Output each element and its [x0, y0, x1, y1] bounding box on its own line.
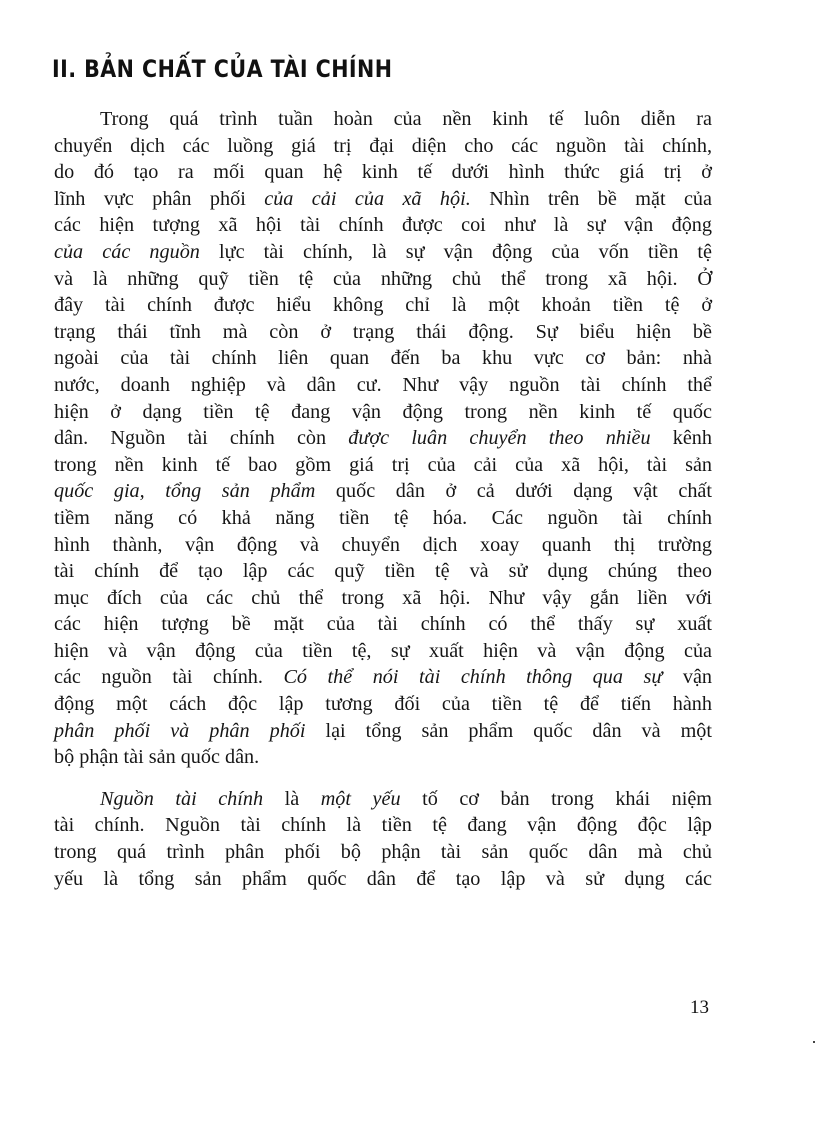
text-line: do đó tạo ra mối quan hệ kinh tế dưới hì…: [54, 159, 712, 186]
text-line: hiện và vận động của tiền tệ, sự xuất hi…: [54, 638, 712, 665]
text-line: của các nguồn lực tài chính, là sự vận đ…: [54, 239, 712, 266]
text-line: hiện ở dạng tiền tệ đang vận động trong …: [54, 399, 712, 426]
paragraph: Nguồn tài chính là một yếu tố cơ bản tro…: [54, 786, 712, 892]
text-line: lĩnh vực phân phối của cải của xã hội. N…: [54, 186, 712, 213]
text-run: tài chính để tạo lập các quỹ tiền tệ và …: [54, 560, 712, 582]
text-line: mục đích của các chủ thể trong xã hội. N…: [54, 585, 712, 612]
text-run: Nhìn trên bề mặt của: [471, 188, 712, 210]
text-run: chuyển dịch các luồng giá trị đại diện c…: [54, 135, 712, 157]
text-run: tài chính. Nguồn tài chính là tiền tệ đa…: [54, 814, 712, 836]
text-line: tài chính để tạo lập các quỹ tiền tệ và …: [54, 558, 712, 585]
text-line: các nguồn tài chính. Có thể nói tài chín…: [54, 664, 712, 691]
italic-text: Có thể nói tài chính thông qua sự: [283, 666, 662, 688]
text-run: Trong quá trình tuần hoàn của nền kinh t…: [100, 108, 712, 130]
text-run: hiện và vận động của tiền tệ, sự xuất hi…: [54, 640, 712, 662]
text-run: ngoài của tài chính liên quan đến ba khu…: [54, 347, 712, 369]
text-line: Nguồn tài chính là một yếu tố cơ bản tro…: [54, 786, 712, 813]
text-line: hình thành, vận động và chuyển dịch xoay…: [54, 532, 712, 559]
text-run: lại tổng sản phẩm quốc dân và một: [306, 720, 713, 742]
text-run: do đó tạo ra mối quan hệ kinh tế dưới hì…: [54, 161, 712, 183]
text-run: tố cơ bản trong khái niệm: [401, 788, 712, 810]
scan-speck: [813, 1041, 815, 1043]
text-line: phân phối và phân phối lại tổng sản phẩm…: [54, 718, 712, 745]
text-line: các hiện tượng xã hội tài chính được coi…: [54, 212, 712, 239]
text-line: trong nền kinh tế bao gồm giá trị của cả…: [54, 452, 712, 479]
text-run: và là những quỹ tiền tệ của những chủ th…: [54, 268, 712, 290]
text-line: động một cách độc lập tương đối của tiền…: [54, 691, 712, 718]
text-line: ngoài của tài chính liên quan đến ba khu…: [54, 345, 712, 372]
italic-text: quốc gia, tổng sản phẩm: [54, 480, 315, 502]
text-run: trong quá trình phân phối bộ phận tài sả…: [54, 841, 712, 863]
text-run: các nguồn tài chính.: [54, 666, 283, 688]
text-run: quốc dân ở cả dưới dạng vật chất: [315, 480, 712, 502]
text-line: các hiện tượng bề mặt của tài chính có t…: [54, 611, 712, 638]
text-line: bộ phận tài sản quốc dân.: [54, 744, 712, 771]
text-run: đây tài chính được hiểu không chỉ là một…: [54, 294, 712, 316]
text-line: chuyển dịch các luồng giá trị đại diện c…: [54, 133, 712, 160]
italic-text: của các nguồn: [54, 241, 200, 263]
paragraph: Trong quá trình tuần hoàn của nền kinh t…: [54, 106, 712, 771]
text-line: và là những quỹ tiền tệ của những chủ th…: [54, 266, 712, 293]
text-run: lực tài chính, là sự vận động của vốn ti…: [200, 241, 712, 263]
text-line: yếu là tổng sản phẩm quốc dân để tạo lập…: [54, 866, 712, 893]
text-run: bộ phận tài sản quốc dân.: [54, 746, 259, 768]
text-run: các hiện tượng bề mặt của tài chính có t…: [54, 613, 712, 635]
text-run: nước, doanh nghiệp và dân cư. Như vậy ng…: [54, 374, 712, 396]
text-line: Trong quá trình tuần hoàn của nền kinh t…: [54, 106, 712, 133]
paragraph-gap: [54, 771, 712, 786]
document-page: II. BẢN CHẤT CỦA TÀI CHÍNH Trong quá trì…: [0, 0, 816, 1123]
italic-text: một yếu: [321, 788, 401, 810]
italic-text: phân phối và phân phối: [54, 720, 306, 742]
text-line: đây tài chính được hiểu không chỉ là một…: [54, 292, 712, 319]
italic-text: Nguồn tài chính: [100, 788, 263, 810]
text-run: trong nền kinh tế bao gồm giá trị của cả…: [54, 454, 712, 476]
text-run: kênh: [651, 427, 712, 449]
text-run: tiềm năng có khả năng tiền tệ hóa. Các n…: [54, 507, 712, 529]
text-run: dân. Nguồn tài chính còn: [54, 427, 348, 449]
text-line: quốc gia, tổng sản phẩm quốc dân ở cả dư…: [54, 478, 712, 505]
italic-text: được luân chuyển theo nhiều: [348, 427, 650, 449]
text-run: hình thành, vận động và chuyển dịch xoay…: [54, 534, 712, 556]
text-line: tiềm năng có khả năng tiền tệ hóa. Các n…: [54, 505, 712, 532]
text-run: mục đích của các chủ thể trong xã hội. N…: [54, 587, 712, 609]
section-heading: II. BẢN CHẤT CỦA TÀI CHÍNH: [52, 55, 392, 83]
text-run: hiện ở dạng tiền tệ đang vận động trong …: [54, 401, 712, 423]
italic-text: của cải của xã hội.: [264, 188, 471, 210]
text-line: tài chính. Nguồn tài chính là tiền tệ đa…: [54, 812, 712, 839]
text-run: trạng thái tĩnh mà còn ở trạng thái động…: [54, 321, 712, 343]
text-line: dân. Nguồn tài chính còn được luân chuyể…: [54, 425, 712, 452]
text-run: các hiện tượng xã hội tài chính được coi…: [54, 214, 712, 236]
text-run: yếu là tổng sản phẩm quốc dân để tạo lập…: [54, 868, 712, 890]
text-line: nước, doanh nghiệp và dân cư. Như vậy ng…: [54, 372, 712, 399]
body-text: Trong quá trình tuần hoàn của nền kinh t…: [54, 106, 712, 892]
text-line: trạng thái tĩnh mà còn ở trạng thái động…: [54, 319, 712, 346]
page-number: 13: [690, 997, 709, 1019]
text-run: động một cách độc lập tương đối của tiền…: [54, 693, 712, 715]
text-run: vận: [662, 666, 712, 688]
text-line: trong quá trình phân phối bộ phận tài sả…: [54, 839, 712, 866]
text-run: là: [263, 788, 321, 810]
text-run: lĩnh vực phân phối: [54, 188, 264, 210]
